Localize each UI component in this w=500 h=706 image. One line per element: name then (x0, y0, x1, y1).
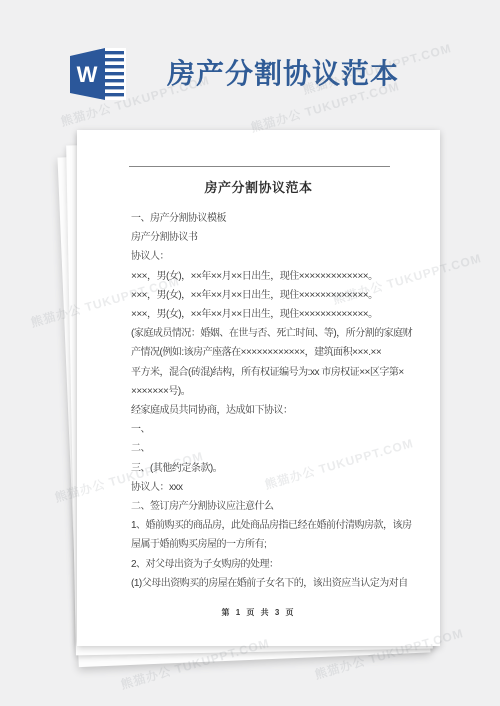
document-line: ×××，男(女)，××年××月××日出生，现住×××××××××××××。 (131, 286, 416, 305)
document-line: 房产分割协议书 (131, 228, 416, 247)
document-line: (1)父母出资购买的房屋在婚前子女名下的，该出资应当认定为对自 (131, 574, 416, 593)
document-line: ×××××××号)。 (131, 382, 416, 401)
page-title: 房产分割协议范本 (167, 52, 399, 92)
document-line: 2、对父母出资为子女购房的处理： (131, 555, 416, 574)
document-body: 一、房产分割协议模板房产分割协议书协议人：×××，男(女)，××年××月××日出… (131, 209, 416, 593)
header: W 房产分割协议范本 (0, 0, 500, 118)
page-number: 第 1 页 共 3 页 (77, 607, 440, 618)
document-line: 1、婚前购买的商品房，此处商品房指已经在婚前付清购房款，该房 (131, 516, 416, 535)
document-title: 房产分割协议范本 (77, 177, 440, 196)
document-line: 协议人：xxx (131, 478, 416, 497)
document-line: 产情况(例如:该房产座落在××××××××××××，建筑面积×××.×× (131, 343, 416, 362)
word-icon: W (68, 45, 128, 103)
document-line: 协议人： (131, 247, 416, 266)
document-line: 三、(其他约定条款)。 (131, 459, 416, 478)
divider-line (129, 166, 390, 167)
document-page-1: 房产分割协议范本 一、房产分割协议模板房产分割协议书协议人：×××，男(女)，×… (77, 130, 440, 646)
word-icon-letter: W (77, 62, 98, 87)
document-line: (家庭成员情况：婚姻、在世与否、死亡时间、等)，所分割的家庭财 (131, 324, 416, 343)
document-line: ×××，男(女)，××年××月××日出生，现住×××××××××××××。 (131, 267, 416, 286)
document-line: 经家庭成员共同协商，达成如下协议： (131, 401, 416, 420)
preview-background: W 房产分割协议范本 房产分割协议范本 一、房产分割协议模板房产分割协议书协议人… (0, 0, 500, 706)
document-line: 一、 (131, 420, 416, 439)
document-line: 屋属于婚前购买房屋的一方所有; (131, 535, 416, 554)
document-line: 平方米，混合(砖混)结构，所有权证编号为:xx 市房权证××区字第× (131, 363, 416, 382)
document-line: 二、签订房产分割协议应注意什么 (131, 497, 416, 516)
document-line: 二、 (131, 439, 416, 458)
document-line: ×××，男(女)，××年××月××日出生，现住×××××××××××××。 (131, 305, 416, 324)
document-line: 一、房产分割协议模板 (131, 209, 416, 228)
